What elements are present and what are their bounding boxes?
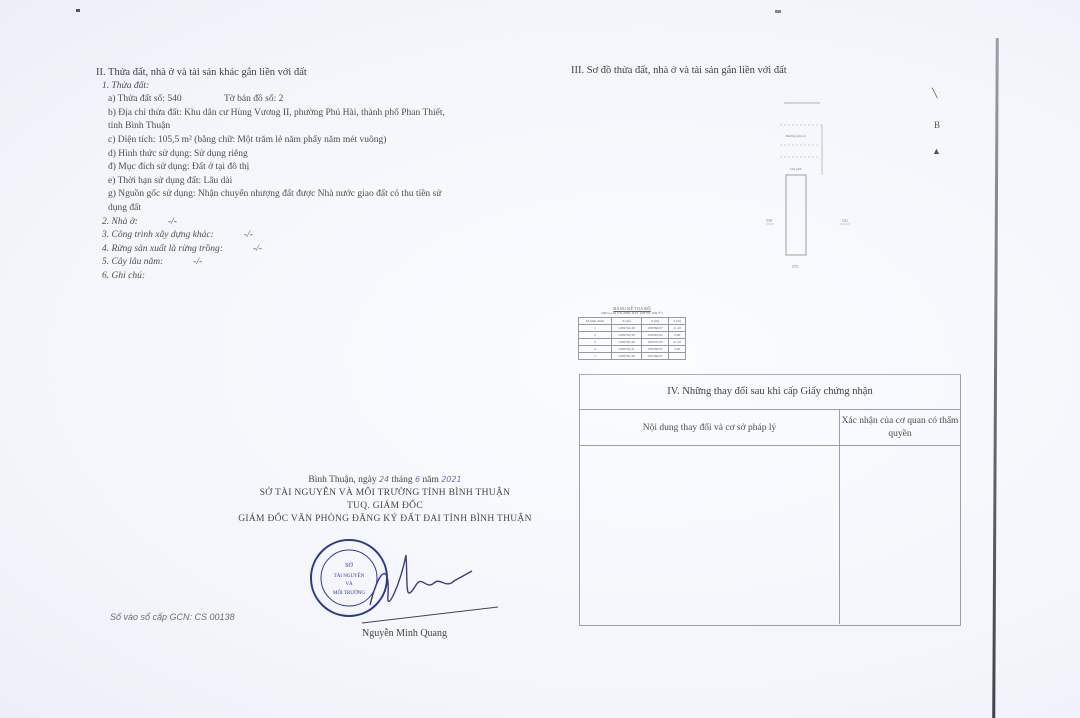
coord-row: 31209783,30458370,9521,10 (579, 339, 686, 346)
coord-cell: 458368,97 (641, 346, 668, 353)
land-parcel-row: a) Thửa đất số: 540 Tờ bản đồ số: 2 (96, 93, 516, 107)
asset-items: 2. Nhà ở:-/-3. Công trình xây dựng khác:… (96, 216, 516, 284)
issuing-organization: SỞ TÀI NGUYÊN VÀ MÔI TRƯỜNG TỈNH BÌNH TH… (200, 488, 570, 498)
parcel-number: a) Thửa đất số: 540 (108, 94, 182, 104)
coordinate-table: BẢNG KÊ TỌA ĐỘ (Hệ tọa độ VN-2000, KTT 1… (578, 306, 686, 360)
coord-header: X (m) (611, 318, 641, 325)
parcel-address: b) Địa chỉ thửa đất: Khu dân cư Hùng Vươ… (96, 107, 516, 121)
land-heading: 1. Thửa đất: (96, 80, 516, 94)
coord-cell: 21,10 (669, 325, 686, 332)
svg-text:VÀ: VÀ (345, 581, 353, 587)
usage-origin-cont: dụng đất (96, 202, 516, 216)
asset-item: 5. Cây lâu năm:-/- (96, 256, 516, 270)
coord-cell: 1 (579, 353, 612, 360)
svg-text:Chỉ giới: Chỉ giới (790, 167, 802, 171)
section-iii-title: III. Sơ đồ thửa đất, nhà ở và tài sản gắ… (571, 65, 787, 76)
parcel-address-cont: tỉnh Bình Thuận (96, 120, 516, 134)
scan-speck (76, 9, 80, 12)
coord-cell: 3 (579, 339, 612, 346)
coord-cell: 2 (579, 332, 612, 339)
signer-name: Nguyễn Minh Quang (362, 628, 447, 639)
scan-speck (775, 10, 781, 13)
asset-item-label: 3. Công trình xây dựng khác: (102, 230, 214, 240)
coord-cell (669, 353, 686, 360)
coord-cell: 458370,95 (641, 339, 668, 346)
coord-cell: 1209783,30 (611, 339, 641, 346)
north-arrow-icon: ▲ (932, 146, 941, 156)
coord-cell: 1209762,48 (611, 353, 641, 360)
asset-item-label: 2. Nhà ở: (102, 217, 138, 227)
asset-item-label: 4. Rừng sản xuất là rừng trồng: (102, 244, 223, 254)
asset-item-value: -/- (168, 217, 177, 227)
asset-item-label: 6. Ghi chú: (102, 271, 145, 281)
coord-row: 11209762,48458366,97 (579, 353, 686, 360)
asset-item: 4. Rừng sản xuất là rừng trồng:-/- (96, 243, 516, 257)
coord-header: Y (m) (641, 318, 668, 325)
coord-subcaption: (Hệ tọa độ VN-2000, KTT 108°30', múi 3°) (578, 311, 686, 315)
section-land-info: II. Thửa đất, nhà ở và tài sản khác gắn … (96, 66, 516, 284)
coord-cell: 5,00 (669, 346, 686, 353)
coord-header: Số hiệu điểm (579, 318, 612, 325)
svg-text:539: 539 (766, 218, 772, 223)
coord-row: 41209762,41458368,975,00 (579, 346, 686, 353)
north-arrow-tip: ╲ (932, 88, 937, 99)
svg-text:Đường sửa số: Đường sửa số (786, 134, 806, 138)
asset-item: 2. Nhà ở:-/- (96, 216, 516, 230)
coord-cell: 1 (579, 325, 612, 332)
asset-item: 6. Ghi chú: (96, 270, 516, 284)
coord-cell: 458363,82 (641, 332, 668, 339)
asset-item: 3. Công trình xây dựng khác:-/- (96, 229, 516, 243)
usage-form: d) Hình thức sử dụng: Sử dụng riêng (96, 148, 516, 162)
document-page: II. Thửa đất, nhà ở và tài sản khác gắn … (0, 0, 1080, 718)
changes-content-header: Nội dung thay đổi và cơ sở pháp lý (580, 410, 840, 445)
svg-text:541: 541 (842, 218, 848, 223)
asset-item-value: -/- (253, 244, 262, 254)
asset-item-value: -/- (244, 230, 253, 240)
coord-cell: 21,10 (669, 339, 686, 346)
changes-content-cell (580, 446, 840, 624)
signature-icon (360, 545, 500, 625)
north-label: B (934, 120, 940, 130)
section-iv-title: IV. Những thay đổi sau khi cấp Giấy chứn… (580, 375, 960, 410)
parcel-area: c) Diện tích: 105,5 m² (bằng chữ: Một tr… (96, 134, 516, 148)
coord-row: 21209783,36458363,825,00 (579, 332, 686, 339)
certificate-serial: Số vào sổ cấp GCN: CS 00138 (110, 612, 235, 622)
coord-cell: 4 (579, 346, 612, 353)
signer-position: GIÁM ĐỐC VĂN PHÒNG ĐĂNG KÝ ĐẤT ĐAI TỈNH … (200, 514, 570, 524)
coord-cell: 5,00 (669, 332, 686, 339)
coord-cell: 1209762,41 (611, 346, 641, 353)
svg-text:SỞ: SỞ (345, 561, 353, 569)
usage-term: e) Thời hạn sử dụng đất: Lâu dài (96, 175, 516, 189)
signature-block: Bình Thuận, ngày 24 tháng 6 năm 2021 SỞ … (200, 475, 570, 524)
coord-cell: 458366,97 (641, 325, 668, 332)
coord-header: S (m) (669, 318, 686, 325)
map-sheet-number: Tờ bản đồ số: 2 (224, 94, 283, 104)
coord-cell: 458366,97 (641, 353, 668, 360)
parcel-diagram: Đường sửa số Chỉ giới 539 541 575 (760, 95, 860, 275)
issue-date: Bình Thuận, ngày 24 tháng 6 năm 2021 (200, 475, 570, 485)
page-edge-line (992, 38, 999, 718)
authorization-line: TUQ. GIÁM ĐỐC (200, 501, 570, 511)
asset-item-value: -/- (193, 257, 202, 267)
coord-row: 11209762,48458366,9721,10 (579, 325, 686, 332)
section-ii-title: II. Thửa đất, nhà ở và tài sản khác gắn … (96, 66, 516, 80)
asset-item-label: 5. Cây lâu năm: (102, 257, 163, 267)
changes-table: IV. Những thay đổi sau khi cấp Giấy chứn… (579, 374, 961, 626)
changes-confirmation-header: Xác nhận của cơ quan có thẩm quyền (840, 410, 960, 445)
coord-cell: 1209783,36 (611, 332, 641, 339)
svg-text:575: 575 (792, 264, 798, 269)
coord-cell: 1209762,48 (611, 325, 641, 332)
usage-purpose: đ) Mục đích sử dụng: Đất ở tại đô thị (96, 161, 516, 175)
usage-origin: g) Nguồn gốc sử dụng: Nhận chuyển nhượng… (96, 188, 516, 202)
